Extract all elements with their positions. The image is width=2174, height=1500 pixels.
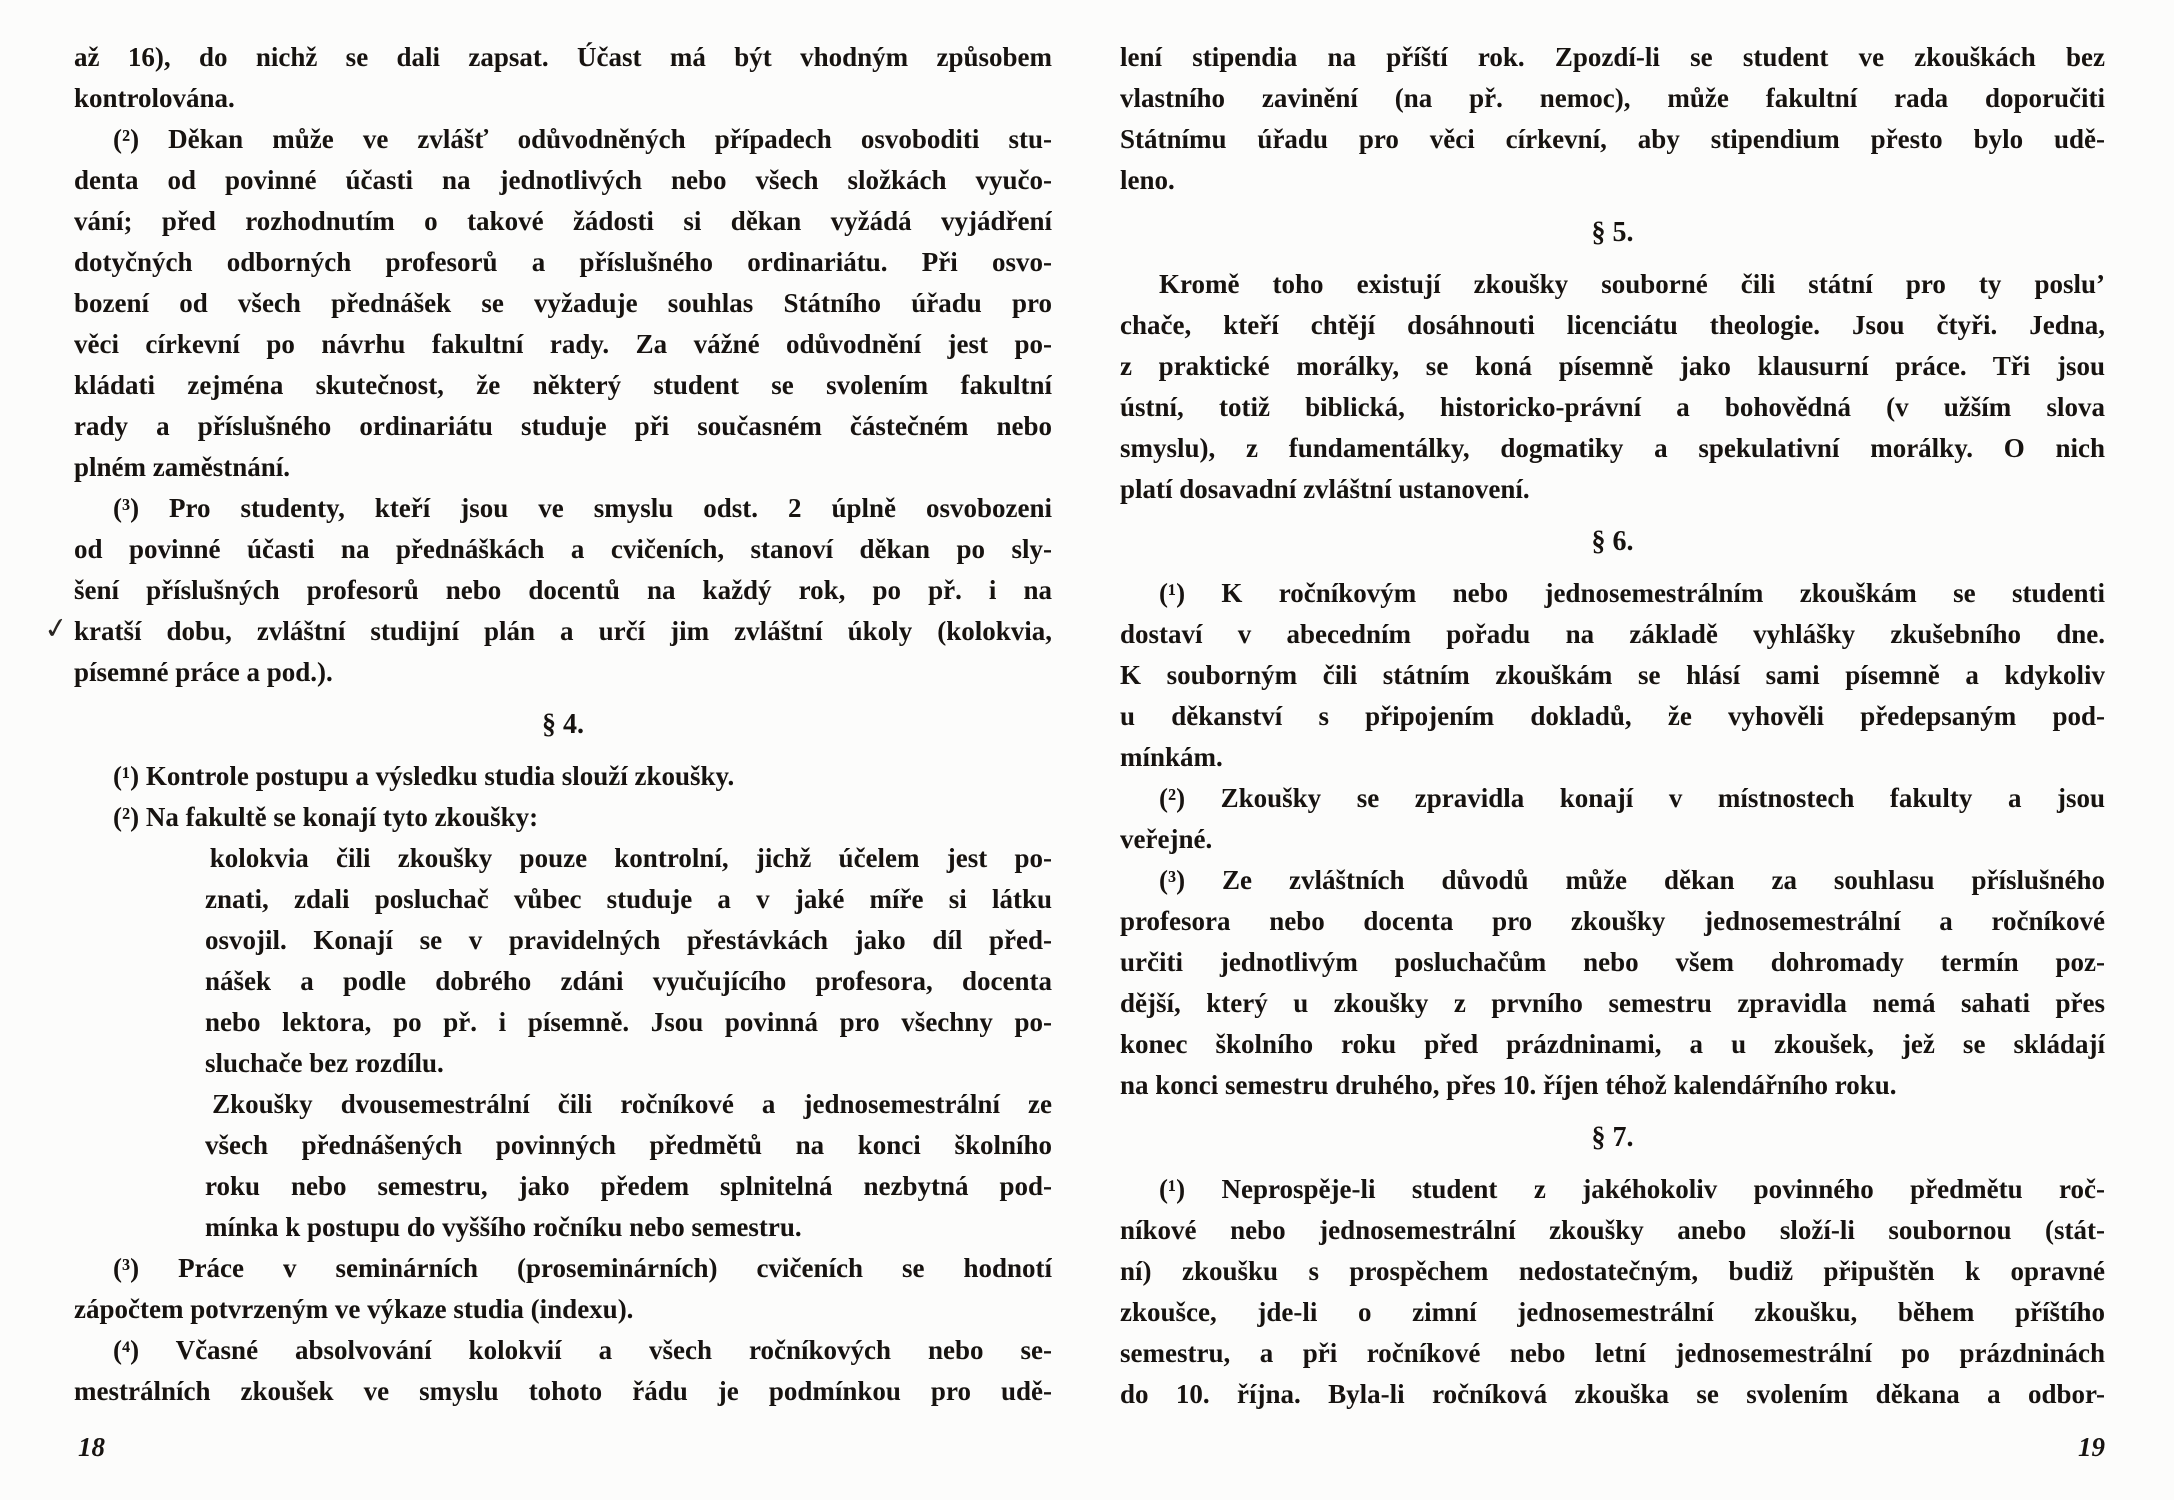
text-line: (³) Pro studenty, kteří jsou ve smyslu o… [74,488,1052,529]
text-line: bození od všech přednášek se vyžaduje so… [74,283,1052,324]
text-line: chače, kteří chtějí dosáhnouti licenciát… [1120,305,2105,346]
text-line: (¹) K ročníkovým nebo jednosemestrálním … [1120,573,2105,614]
text-line: (¹) Neprospěje-li student z jakéhokoliv … [1120,1169,2105,1210]
text-line: u děkanství s připojením dokladů, že vyh… [1120,696,2105,737]
text-line: ústní, totiž biblická, historicko-právní… [1120,387,2105,428]
paragraph: (²) Děkan může ve zvlášť odůvodněných př… [74,119,1052,488]
text-line: ní) zkoušku s prospěchem nedostatečným, … [1120,1251,2105,1292]
section-heading: § 4. [74,704,1052,745]
text-line: denta od povinné účasti na jednotlivých … [74,160,1052,201]
text-line: profesora nebo docenta pro zkoušky jedno… [1120,901,2105,942]
text-line: až 16), do nichž se dali zapsat. Účast m… [74,37,1052,78]
page-left-text-column: až 16), do nichž se dali zapsat. Účast m… [74,37,1052,1412]
text-line: vlastního zavinění (na př. nemoc), může … [1120,78,2105,119]
text-line: šení příslušných profesorů nebo docentů … [74,570,1052,611]
text-line: rady a příslušného ordinariátu studuje p… [74,406,1052,447]
paragraph: (³) Pro studenty, kteří jsou ve smyslu o… [74,488,1052,693]
page-number-left: 18 [78,1432,105,1462]
text-line: dější, který u zkoušky z prvního semestr… [1120,983,2105,1024]
section-heading: § 5. [1120,212,2105,253]
text-line: (¹) Kontrole postupu a výsledku studia s… [74,756,1052,797]
text-line: Kromě toho existují zkoušky souborné čil… [1120,264,2105,305]
text-line: a) kolokvia čili zkoušky pouze kontrolní… [205,838,1052,879]
text-line: (²) Děkan může ve zvlášť odůvodněných př… [74,119,1052,160]
text-line: mestrálních zkoušek ve smyslu tohoto řád… [74,1371,1052,1412]
text-line: dostaví v abecedním pořadu na základě vy… [1120,614,2105,655]
list-item: a) kolokvia čili zkoušky pouze kontrolní… [74,838,1052,1084]
text-line: níkové nebo jednosemestrální zkoušky ane… [1120,1210,2105,1251]
text-line: veřejné. [1120,819,2105,860]
text-line: z praktické morálky, se koná písemně jak… [1120,346,2105,387]
paragraph: (¹) K ročníkovým nebo jednosemestrálním … [1120,573,2105,778]
text-line: roku nebo semestru, jako předem splnitel… [205,1166,1052,1207]
text-line: (³) Ze zvláštních důvodů může děkan za s… [1120,860,2105,901]
text-line: osvojil. Konají se v pravidelných přestá… [205,920,1052,961]
text-line: (²) Na fakultě se konají tyto zkoušky: [74,797,1052,838]
paragraph: (³) Ze zvláštních důvodů může děkan za s… [1120,860,2105,1106]
paragraph: (⁴) Včasné absolvování kolokvií a všech … [74,1330,1052,1412]
paragraph: (¹) Kontrole postupu a výsledku studia s… [74,756,1052,797]
text-line: zkoušce, jde-li o zimní jednosemestrální… [1120,1292,2105,1333]
paragraph: až 16), do nichž se dali zapsat. Účast m… [74,37,1052,119]
text-line: určiti jednotlivým posluchačům nebo všem… [1120,942,2105,983]
text-line: (⁴) Včasné absolvování kolokvií a všech … [74,1330,1052,1371]
paragraph: (³) Práce v seminárních (proseminárních)… [74,1248,1052,1330]
text-line: konec školního roku před prázdninami, a … [1120,1024,2105,1065]
text-line: mínka k postupu do vyššího ročníku nebo … [205,1207,1052,1248]
margin-checkmark: ✓ [41,607,71,651]
heading-text: § 4. [74,704,1052,745]
text-line: Státnímu úřadu pro věci církevní, aby st… [1120,119,2105,160]
text-line: platí dosavadní zvláštní ustanovení. [1120,469,2105,510]
text-line: věci církevní po návrhu fakultní rady. Z… [74,324,1052,365]
text-line: leno. [1120,160,2105,201]
list-item: b) Zkoušky dvousemestrální čili ročníkov… [74,1084,1052,1248]
text-line: K souborným čili státním zkouškám se hlá… [1120,655,2105,696]
section-heading: § 7. [1120,1117,2105,1158]
text-line: všech přednášených povinných předmětů na… [205,1125,1052,1166]
text-line: písemné práce a pod.). [74,652,1052,693]
paragraph: (²) Na fakultě se konají tyto zkoušky: [74,797,1052,838]
text-line: kládati zejména skutečnost, že některý s… [74,365,1052,406]
text-line: nebo lektora, po př. i písemně. Jsou pov… [205,1002,1052,1043]
section-heading: § 6. [1120,521,2105,562]
text-line: plném zaměstnání. [74,447,1052,488]
text-line: vání; před rozhodnutím o takové žádosti … [74,201,1052,242]
text-line: na konci semestru druhého, přes 10. říje… [1120,1065,2105,1106]
text-line: semestru, a při ročníkové nebo letní jed… [1120,1333,2105,1374]
text-line: smyslu), z fundamentálky, dogmatiky a sp… [1120,428,2105,469]
text-line: kontrolována. [74,78,1052,119]
text-line: dotyčných odborných profesorů a příslušn… [74,242,1052,283]
heading-text: § 6. [1120,521,2105,562]
text-line: od povinné účasti na přednáškách a cviče… [74,529,1052,570]
paragraph: (²) Zkoušky se zpravidla konají v místno… [1120,778,2105,860]
paragraph: (¹) Neprospěje-li student z jakéhokoliv … [1120,1169,2105,1415]
paragraph: lení stipendia na příští rok. Zpozdí-li … [1120,37,2105,201]
text-line: (²) Zkoušky se zpravidla konají v místno… [1120,778,2105,819]
page-right-text-column: lení stipendia na příští rok. Zpozdí-li … [1120,37,2105,1415]
text-line: mínkám. [1120,737,2105,778]
book-spread: { "document": { "language": "cs", "margi… [0,0,2174,1500]
text-line: znati, zdali posluchač vůbec studuje a v… [205,879,1052,920]
paragraph: Kromě toho existují zkoušky souborné čil… [1120,264,2105,510]
page-number-right: 19 [2078,1432,2105,1462]
text-line: sluchače bez rozdílu. [205,1043,1052,1084]
text-line: zápočtem potvrzeným ve výkaze studia (in… [74,1289,1052,1330]
heading-text: § 5. [1120,212,2105,253]
text-line: (³) Práce v seminárních (proseminárních)… [74,1248,1052,1289]
text-line: do 10. října. Byla-li ročníková zkouška … [1120,1374,2105,1415]
heading-text: § 7. [1120,1117,2105,1158]
text-line: b) Zkoušky dvousemestrální čili ročníkov… [205,1084,1052,1125]
text-line: nášek a podle dobrého zdáni vyučujícího … [205,961,1052,1002]
text-line: kratší dobu, zvláštní studijní plán a ur… [74,611,1052,652]
text-line: lení stipendia na příští rok. Zpozdí-li … [1120,37,2105,78]
